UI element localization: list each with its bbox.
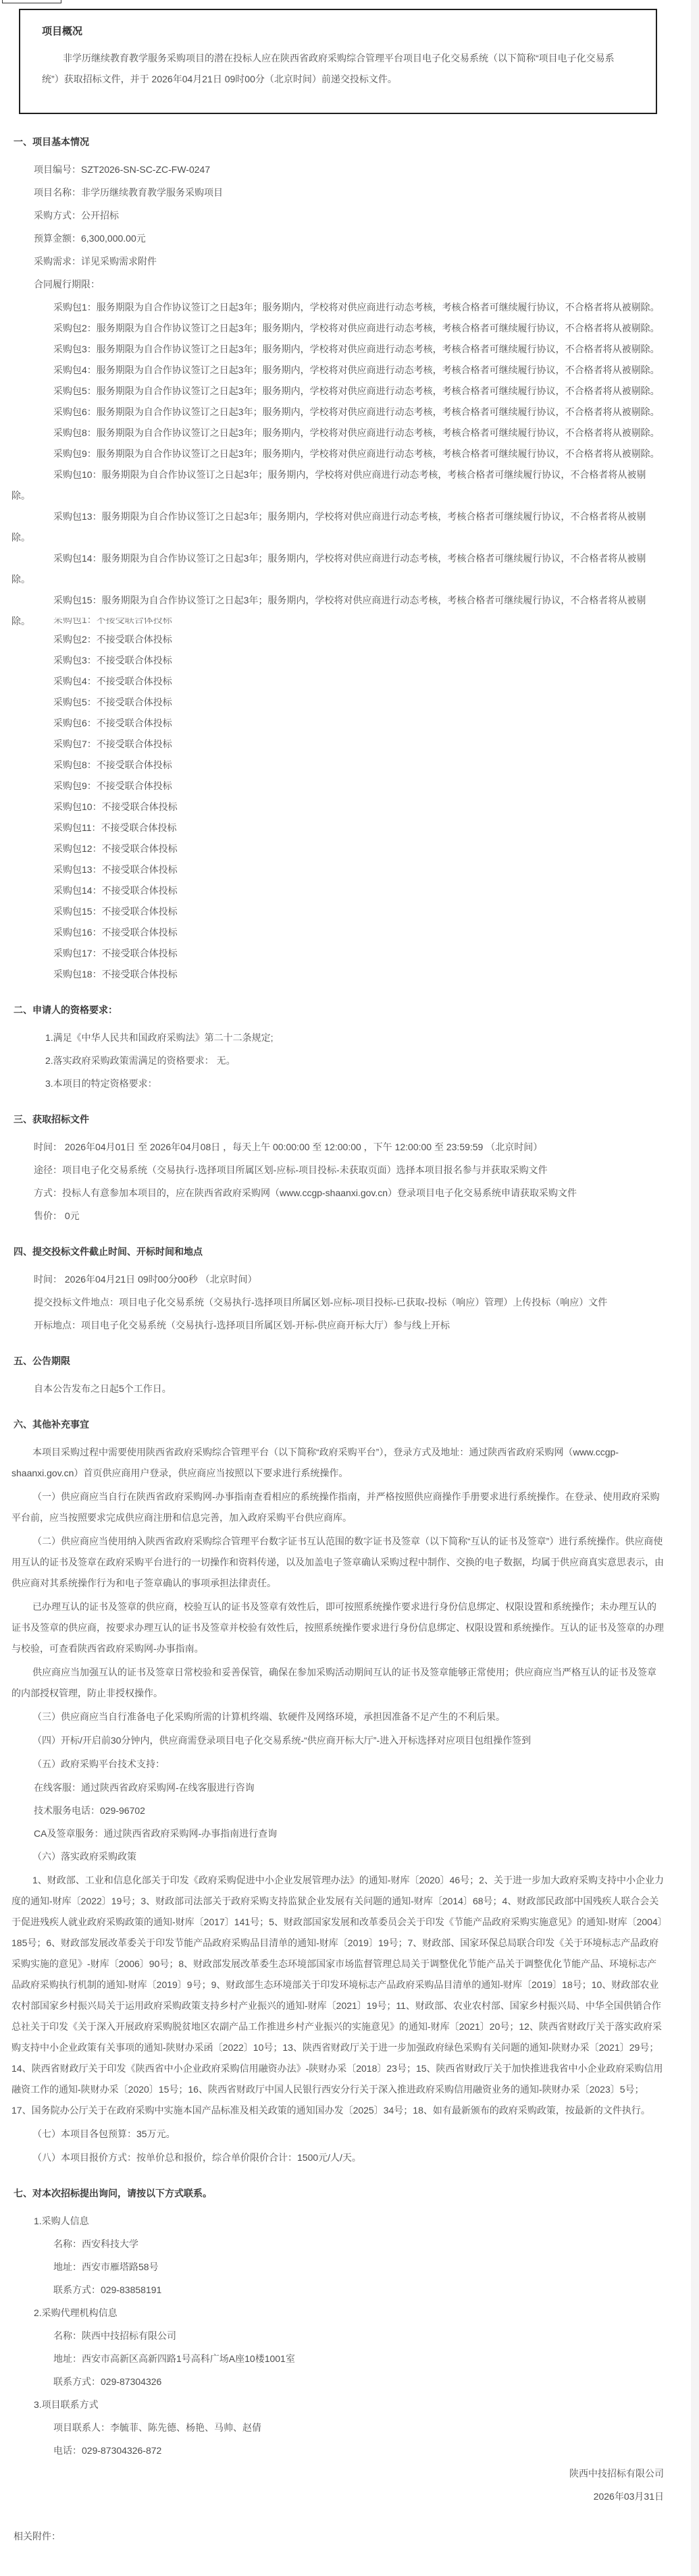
attachments-label: 相关附件： [14,2526,664,2547]
contact-group-label: 1.采购人信息 [34,2211,664,2232]
joint-bid-item-text: 采购包2：不接受联合体投标 [53,634,172,645]
joint-bid-item: 采购包10：不接受联合体投标 [53,797,664,817]
obtain-document-item: 售价： 0元 [34,1206,664,1227]
joint-bid-item-text: 采购包15：不接受联合体投标 [53,906,178,917]
supplement-paragraph-text: （四）开标/开启前30分钟内，供应商需登录项目电子化交易系统-“供应商开标大厅”… [32,1735,531,1746]
duration-item: 采购包10：服务期限为自合作协议签订之日起3年；服务期内，学校将对供应商进行动态… [11,464,664,506]
joint-bid-item-text: 采购包6：不接受联合体投标 [53,718,172,728]
joint-bid-item: 采购包8：不接受联合体投标 [53,755,664,776]
joint-bid-item-text: 采购包13：不接受联合体投标 [53,864,178,875]
project-field: 预算金额：6,300,000.00元 [34,228,664,249]
duration-item-text: 采购包3：服务期限为自合作协议签订之日起3年；服务期内，学校将对供应商进行动态考… [53,344,660,354]
supplement-paragraph: （七）本项目各包预算：35万元。 [11,2124,664,2145]
project-field-text: 采购方式：公开招标 [34,210,119,221]
qualification-item-text: 1.满足《中华人民共和国政府采购法》第二十二条规定; [45,1032,274,1043]
section-4-heading: 四、提交投标文件截止时间、开标时间和地点 [14,1241,664,1262]
obtain-document-list: 时间： 2026年04月01日 至 2026年04月08日 ，每天上午 00:0… [11,1137,664,1227]
supplement-paragraph-text: （五）政府采购平台技术支持： [32,1759,165,1769]
supplement-paragraph-text: （七）本项目各包预算：35万元。 [32,2128,176,2139]
qualification-item: 1.满足《中华人民共和国政府采购法》第二十二条规定; [45,1027,664,1048]
announcement-page: 项目概况 非学历继续教育教学服务采购项目的潜在投标人应在陕西省政府采购综合管理平… [0,0,699,2576]
supplement-paragraph: 本项目采购过程中需要使用陕西省政府采购综合管理平台（以下简称“政府采购平台”），… [11,1442,664,1484]
supplement-paragraph-text: （一）供应商应当自行在陕西省政府采购网-办事指南查看相应的系统操作指南，并严格按… [11,1491,660,1523]
tech-support-line-text: 技术服务电话：029-96702 [34,1805,145,1816]
tech-support-line: 在线客服：通过陕西省政府采购网-在线客服进行咨询 [34,1777,664,1798]
project-field: 采购需求：详见采购需求附件 [34,251,664,272]
overview-body: 非学历继续教育教学服务采购项目的潜在投标人应在陕西省政府采购综合管理平台项目电子… [42,48,627,90]
duration-item: 采购包1：服务期限为自合作协议签订之日起3年；服务期内，学校将对供应商进行动态考… [11,297,664,318]
project-field-text: 合同履行期限： [34,279,100,290]
contact-field: 联系方式：029-83858191 [53,2280,664,2301]
duration-item: 采购包5：服务期限为自合作协议签订之日起3年；服务期内，学校将对供应商进行动态考… [11,381,664,402]
joint-bid-item-text: 采购包7：不接受联合体投标 [53,739,172,749]
project-field-text: 项目名称：非学历继续教育教学服务采购项目 [34,187,223,198]
project-field: 项目编号：SZT2026-SN-SC-ZC-FW-0247 [34,159,664,180]
submission-item: 开标地点：项目电子化交易系统（交易执行-选择项目所属区划-开标-供应商开标大厅）… [34,1315,664,1336]
supplement-paragraph: （六）落实政府采购政策 [11,1846,664,1867]
contact-field: 名称：西安科技大学 [53,2234,664,2255]
joint-bid-item: 采购包11：不接受联合体投标 [53,817,664,838]
project-overview-box: 项目概况 非学历继续教育教学服务采购项目的潜在投标人应在陕西省政府采购综合管理平… [19,9,657,114]
duration-item: 采购包13：服务期限为自合作协议签订之日起3年；服务期内，学校将对供应商进行动态… [11,506,664,548]
section-6-heading: 六、其他补充事宜 [14,1414,664,1435]
joint-bid-item: 采购包1：不接受联合体投标 [53,618,664,629]
obtain-document-item-text: 售价： 0元 [34,1210,80,1221]
submission-item: 时间： 2026年04月21日 09时00分00秒 （北京时间） [34,1269,664,1290]
joint-bid-item: 采购包13：不接受联合体投标 [53,859,664,880]
obtain-document-item: 途径：项目电子化交易系统（交易执行-选择项目所属区划-应标-项目投标-未获取页面… [34,1160,664,1181]
duration-item: 采购包14：服务期限为自合作协议签订之日起3年；服务期内，学校将对供应商进行动态… [11,548,664,590]
supplement-paragraph: （一）供应商应当自行在陕西省政府采购网-办事指南查看相应的系统操作指南，并严格按… [11,1486,664,1528]
qualification-item-text: 3.本项目的特定资格要求： [45,1078,157,1089]
section-2-heading: 二、申请人的资格要求： [14,1000,664,1021]
joint-bid-item-text: 采购包11：不接受联合体投标 [53,822,177,833]
joint-bid-item-text: 采购包4：不接受联合体投标 [53,676,172,687]
supplement-paragraph: （四）开标/开启前30分钟内，供应商需登录项目电子化交易系统-“供应商开标大厅”… [11,1730,664,1751]
contact-field: 名称：陕西中技招标有限公司 [53,2326,664,2346]
qualification-item-text: 2.落实政府采购政策需满足的资格要求： 无。 [45,1055,236,1066]
announcement-period-list: 自本公告发布之日起5个工作日。 [11,1378,664,1399]
supplement-paragraph-text: （八）本项目报价方式：按单价总和报价，综合单价限价合计：1500元/人/天。 [32,2152,361,2163]
joint-bid-item: 采购包14：不接受联合体投标 [53,880,664,901]
duration-item: 采购包3：服务期限为自合作协议签订之日起3年；服务期内，学校将对供应商进行动态考… [11,339,664,360]
obtain-document-item-text: 方式：投标人有意参加本项目的，应在陕西省政府采购网（www.ccgp-shaan… [34,1187,577,1198]
project-field-text: 采购需求：详见采购需求附件 [34,256,157,267]
joint-bid-item-text: 采购包9：不接受联合体投标 [53,780,172,791]
obtain-document-item: 方式：投标人有意参加本项目的，应在陕西省政府采购网（www.ccgp-shaan… [34,1183,664,1204]
supplement-paragraph-text: （二）供应商应当使用纳入陕西省政府采购综合管理平台数字证书互认范围的数字证书及签… [11,1536,664,1588]
supplement-paragraph-text: 1、财政部、工业和信息化部关于印发《政府采购促进中小企业发展管理办法》的通知-财… [11,1875,664,2116]
joint-bid-item: 采购包16：不接受联合体投标 [53,922,664,943]
duration-item-text: 采购包6：服务期限为自合作协议签订之日起3年；服务期内，学校将对供应商进行动态考… [53,406,660,417]
joint-bid-item: 采购包7：不接受联合体投标 [53,734,664,755]
section-1-heading: 一、项目基本情况 [14,132,664,153]
duration-item-text: 采购包5：服务期限为自合作协议签订之日起3年；服务期内，学校将对供应商进行动态考… [53,385,660,396]
joint-bid-item: 采购包5：不接受联合体投标 [53,692,664,713]
qualification-item: 3.本项目的特定资格要求： [45,1073,664,1094]
project-field-text: 项目编号：SZT2026-SN-SC-ZC-FW-0247 [34,164,210,175]
supplement-paragraph: 供应商应当加强互认的证书及签章日常校验和妥善保管，确保在参加采购活动期间互认的证… [11,1662,664,1704]
duration-item-text: 采购包13：服务期限为自合作协议签订之日起3年；服务期内，学校将对供应商进行动态… [11,511,646,543]
tech-support-line-text: 在线客服：通过陕西省政府采购网-在线客服进行咨询 [34,1782,255,1793]
supplement-paragraph-text: 本项目采购过程中需要使用陕西省政府采购综合管理平台（以下简称“政府采购平台”），… [11,1447,619,1478]
supplement-paragraph: （八）本项目报价方式：按单价总和报价，综合单价限价合计：1500元/人/天。 [11,2147,664,2168]
announcement-period-item: 自本公告发布之日起5个工作日。 [34,1378,664,1399]
contact-group-purchaser: 1.采购人信息 名称：西安科技大学 地址：西安市雁塔路58号 联系方式：029-… [11,2211,664,2301]
submission-item: 提交投标文件地点：项目电子化交易系统（交易执行-选择项目所属区划-应标-项目投标… [34,1292,664,1313]
supplement-paragraphs-b: （六）落实政府采购政策1、财政部、工业和信息化部关于印发《政府采购促进中小企业发… [11,1846,664,2168]
submission-item-text: 开标地点：项目电子化交易系统（交易执行-选择项目所属区划-开标-供应商开标大厅）… [34,1320,450,1331]
duration-item-text: 采购包2：服务期限为自合作协议签订之日起3年；服务期内，学校将对供应商进行动态考… [53,323,660,333]
project-field: 采购方式：公开招标 [34,205,664,226]
contact-group-label: 3.项目联系方式 [34,2394,664,2415]
joint-bid-item: 采购包2：不接受联合体投标 [53,629,664,650]
section-7-heading: 七、对本次招标提出询问，请按以下方式联系。 [14,2183,664,2204]
joint-bid-item-text: 采购包17：不接受联合体投标 [53,948,178,959]
duration-item: 采购包8：服务期限为自合作协议签订之日起3年；服务期内，学校将对供应商进行动态考… [11,423,664,444]
contact-group-label: 2.采购代理机构信息 [34,2303,664,2324]
obtain-document-item: 时间： 2026年04月01日 至 2026年04月08日 ，每天上午 00:0… [34,1137,664,1158]
joint-bid-item: 采购包3：不接受联合体投标 [53,650,664,671]
submission-item-text: 提交投标文件地点：项目电子化交易系统（交易执行-选择项目所属区划-应标-项目投标… [34,1297,607,1308]
contact-field: 地址：西安市雁塔路58号 [53,2257,664,2278]
project-field-text: 预算金额：6,300,000.00元 [34,233,146,244]
joint-bid-item-text: 采购包16：不接受联合体投标 [53,927,178,938]
submission-item-text: 时间： 2026年04月21日 09时00分00秒 （北京时间） [34,1274,257,1285]
signature-org: 陕西中技招标有限公司 [11,2463,664,2484]
contact-field: 项目联系人：李毓菲、陈先德、杨艳、马帅、赵倩 [53,2417,664,2438]
joint-bid-item-text: 采购包12：不接受联合体投标 [53,843,178,854]
obtain-document-item-text: 时间： 2026年04月01日 至 2026年04月08日 ，每天上午 00:0… [34,1142,542,1152]
supplement-paragraph-text: （六）落实政府采购政策 [32,1851,136,1862]
contact-field: 电话：029-87304326-872 [53,2440,664,2461]
duration-item-text: 采购包14：服务期限为自合作协议签订之日起3年；服务期内，学校将对供应商进行动态… [11,553,646,585]
supplement-paragraph: 1、财政部、工业和信息化部关于印发《政府采购促进中小企业发展管理办法》的通知-财… [11,1870,664,2121]
joint-bid-item-text: 采购包1：不接受联合体投标 [53,618,172,629]
joint-bid-item-text: 采购包18：不接受联合体投标 [53,969,178,980]
duration-item: 采购包2：服务期限为自合作协议签订之日起3年；服务期内，学校将对供应商进行动态考… [11,318,664,339]
section-5-heading: 五、公告期限 [14,1351,664,1372]
joint-bid-item: 采购包18：不接受联合体投标 [53,964,664,985]
supplement-paragraph-text: 供应商应当加强互认的证书及签章日常校验和妥善保管，确保在参加采购活动期间互认的证… [11,1667,656,1698]
section-3-heading: 三、获取招标文件 [14,1109,664,1130]
announcement-content: 项目概况 非学历继续教育教学服务采购项目的潜在投标人应在陕西省政府采购综合管理平… [0,0,699,2576]
joint-bid-item: 采购包9：不接受联合体投标 [53,776,664,797]
supplement-paragraph: （三）供应商应当自行准备电子化采购所需的计算机终端、软硬件及网络环境，承担因准备… [11,1707,664,1727]
contact-group-project: 3.项目联系方式 项目联系人：李毓菲、陈先德、杨艳、马帅、赵倩 电话：029-8… [11,2394,664,2461]
signature-block: 陕西中技招标有限公司 2026年03月31日 [11,2463,664,2507]
qualification-list: 1.满足《中华人民共和国政府采购法》第二十二条规定;2.落实政府采购政策需满足的… [11,1027,664,1094]
section-1-fields: 项目编号：SZT2026-SN-SC-ZC-FW-0247项目名称：非学历继续教… [11,159,664,295]
duration-item: 采购包9：服务期限为自合作协议签订之日起3年；服务期内，学校将对供应商进行动态考… [11,444,664,464]
obtain-document-item-text: 途径：项目电子化交易系统（交易执行-选择项目所属区划-应标-项目投标-未获取页面… [34,1164,548,1175]
submission-opening-list: 时间： 2026年04月21日 09时00分00秒 （北京时间）提交投标文件地点… [11,1269,664,1336]
duration-item-text: 采购包4：服务期限为自合作协议签订之日起3年；服务期内，学校将对供应商进行动态考… [53,365,660,375]
joint-bid-item: 采购包15：不接受联合体投标 [53,901,664,922]
joint-bid-item: 采购包12：不接受联合体投标 [53,838,664,859]
joint-bid-item-text: 采购包3：不接受联合体投标 [53,655,172,666]
joint-bid-item-text: 采购包5：不接受联合体投标 [53,697,172,707]
cropped-element-artifact [2,0,61,3]
tech-support-line-text: CA及签章服务：通过陕西省政府采购网-办事指南进行查询 [34,1828,277,1839]
tech-support-lines: 在线客服：通过陕西省政府采购网-在线客服进行咨询技术服务电话：029-96702… [11,1777,664,1844]
overview-title: 项目概况 [42,24,627,40]
supplement-paragraph: （五）政府采购平台技术支持： [11,1754,664,1775]
supplement-paragraph-text: （三）供应商应当自行准备电子化采购所需的计算机终端、软硬件及网络环境，承担因准备… [32,1711,505,1722]
contact-field: 联系方式：029-87304326 [53,2371,664,2392]
page-right-gutter [691,0,699,2576]
contact-group-agency: 2.采购代理机构信息 名称：陕西中技招标有限公司 地址：西安市高新区高新四路1号… [11,2303,664,2392]
supplement-paragraph: 已办理互认的证书及签章的供应商，校验互认的证书及签章有效性后，即可按照系统操作要… [11,1596,664,1659]
joint-bid-item-text: 采购包8：不接受联合体投标 [53,759,172,770]
joint-bid-item: 采购包4：不接受联合体投标 [53,671,664,692]
contact-field: 地址：西安市高新区高新四路1号高科广场A座10楼1001室 [53,2349,664,2369]
duration-item-text: 采购包10：服务期限为自合作协议签订之日起3年；服务期内，学校将对供应商进行动态… [11,469,646,501]
tech-support-line: 技术服务电话：029-96702 [34,1800,664,1821]
joint-bid-item-text: 采购包14：不接受联合体投标 [53,885,178,896]
announcement-period-text: 自本公告发布之日起5个工作日。 [34,1383,172,1394]
project-field: 合同履行期限： [34,274,664,295]
supplement-paragraph-text: 已办理互认的证书及签章的供应商，校验互认的证书及签章有效性后，即可按照系统操作要… [11,1601,664,1654]
joint-bid-list: 采购包1：不接受联合体投标采购包2：不接受联合体投标采购包3：不接受联合体投标采… [11,618,664,985]
supplement-paragraph: （二）供应商应当使用纳入陕西省政府采购综合管理平台数字证书互认范围的数字证书及签… [11,1531,664,1594]
duration-item-text: 采购包1：服务期限为自合作协议签订之日起3年；服务期内，学校将对供应商进行动态考… [53,302,660,313]
contract-duration-list: 采购包1：服务期限为自合作协议签订之日起3年；服务期内，学校将对供应商进行动态考… [11,297,664,632]
qualification-item: 2.落实政府采购政策需满足的资格要求： 无。 [45,1050,664,1071]
tech-support-line: CA及签章服务：通过陕西省政府采购网-办事指南进行查询 [34,1823,664,1844]
duration-item: 采购包4：服务期限为自合作协议签订之日起3年；服务期内，学校将对供应商进行动态考… [11,360,664,381]
supplement-paragraphs-a: 本项目采购过程中需要使用陕西省政府采购综合管理平台（以下简称“政府采购平台”），… [11,1442,664,1775]
joint-bid-item-text: 采购包10：不接受联合体投标 [53,801,178,812]
duration-item: 采购包6：服务期限为自合作协议签订之日起3年；服务期内，学校将对供应商进行动态考… [11,402,664,423]
signature-date: 2026年03月31日 [11,2486,664,2507]
joint-bid-item: 采购包17：不接受联合体投标 [53,943,664,964]
duration-item-text: 采购包8：服务期限为自合作协议签订之日起3年；服务期内，学校将对供应商进行动态考… [53,427,660,438]
duration-item-text: 采购包9：服务期限为自合作协议签订之日起3年；服务期内，学校将对供应商进行动态考… [53,448,660,459]
project-field: 项目名称：非学历继续教育教学服务采购项目 [34,182,664,203]
joint-bid-item: 采购包6：不接受联合体投标 [53,713,664,734]
